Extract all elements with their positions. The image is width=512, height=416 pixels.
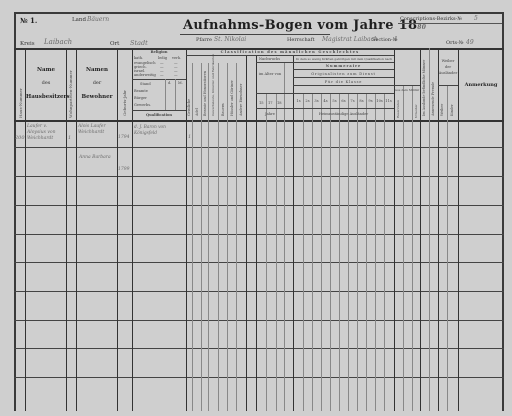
subcol-divider [276,93,277,411]
col-divider [438,48,439,411]
form-number: № 1. [20,16,37,25]
entry-house-number: 200 [15,135,25,141]
female-header: Weiber der Ausländer [438,58,458,76]
entry-owner-name: Laufer v. Aloysius von Weichhardt [27,124,65,142]
absent-foreign-header: Im Auslande befindliche Männer [422,58,426,116]
subcol-divider [447,85,448,411]
col-divider [246,55,247,411]
class-number: 6s [339,99,348,103]
subcol-divider [384,93,385,411]
herrschaft-label: Herrschaft [287,37,315,43]
class-number: 7s [348,99,357,103]
entry-resident-name: Alois Laufer Weichhardt [78,124,116,136]
subcol-divider [403,86,404,411]
entry-birth-year-2: 1799 [118,167,129,172]
subcol-divider [236,63,237,411]
owner-name-header-1: Name [26,67,66,73]
subcol-divider [218,63,219,411]
header-hline [293,69,394,70]
subcol-divider [201,63,202,411]
subcol-divider [303,93,304,411]
header-hline [438,85,458,86]
heimat-header: In dem so wenig Kräften gehörigen mit de… [296,57,392,61]
conscription-underline [398,23,502,24]
religion-row-label: kath. [134,56,143,60]
class-col-header: Andere Einwohner [239,80,243,116]
row-line [14,348,504,349]
col-divider [25,48,26,411]
header-hline [186,55,394,56]
census-sheet: № 1. Land Bäuern Aufnahms-Bogen vom Jahr… [0,0,512,416]
resident-name-header-2: der [77,80,117,86]
class-number: 8s [357,99,366,103]
row-line [14,320,504,321]
class-header: Für die Klasse [293,80,394,84]
subcol-divider [348,93,349,411]
row-line [14,205,504,206]
form-title: Aufnahms-Bogen vom Jahre 1880 [183,18,426,33]
party-number-header: Wohnparteien-Nummer [68,78,73,118]
service-col: Urlauber [414,100,418,118]
land-value: Bäuern [87,16,109,23]
class-number: 3s [312,99,321,103]
row-line [14,234,504,235]
header-hline [256,108,394,109]
col-divider [394,48,395,411]
conscription-label: Conscriptions-Bezirks-№ [400,16,462,22]
age-col: 18 [277,101,282,105]
entry-birth-year: 1794 [118,135,129,140]
age-col: 15 [259,101,264,105]
classification-header: Classification des männlichen Geschlecht… [186,50,394,54]
subcol-divider [165,79,166,110]
subcol-divider [412,86,413,411]
col-divider [458,48,459,411]
header-hline [132,79,186,80]
status-col: M. [178,81,183,85]
header-hline [256,62,394,63]
row-line [14,176,504,177]
header-hline [293,77,394,78]
herrschaft-value: Magistrat Laibach [322,36,378,43]
subcol-divider [175,79,176,110]
house-value: 49 [466,39,474,46]
class-number: 11s [384,99,393,103]
ort-label: Ort [110,41,119,47]
religion-row-label: anderweitig [134,73,156,77]
header-hline [132,110,186,111]
kreis-value: Laibach [44,38,72,46]
religion-header: Religion [132,50,186,54]
status-row-label: Gewerbs. [134,103,151,107]
house-label: Orts-№ [446,40,464,46]
class-number: 2s [303,99,312,103]
title-underline [180,34,330,35]
kreis-label: Kreis [20,41,35,47]
owner-name-header-3: Hausbesitzers [26,94,66,100]
pfarre-value: St. Nikolai [214,36,246,43]
class-numbers: 1s 2s 3s 4s 5s 6s 7s 8s 9s 10s 11s [294,99,394,103]
subcol-divider [312,93,313,411]
subcol-divider [227,63,228,411]
pfarre-label: Pfarre [196,37,212,43]
subcol-divider [339,93,340,411]
class-col-header: Beamte und Honoratioren [203,70,207,116]
class-number: 10s [375,99,384,103]
class-number: 5s [330,99,339,103]
subcol-divider [284,63,285,411]
status-row-label: Bürger [134,96,147,100]
house-number-header: Haus-Nummer [18,88,23,118]
class-col-header: Adel [195,100,199,116]
col-divider [66,48,67,411]
header-hline [293,85,420,86]
col-divider [76,48,77,411]
status-header: Stand [140,82,151,86]
religion-col-b: verh. [172,56,181,60]
class-col-header: Gewerbsleute, Künstler und Fabrikanten [211,62,215,116]
class-number: 1s [294,99,303,103]
religion-col-a: — [160,73,164,77]
section-value: 1 [394,36,398,43]
service-header: Aus dem Militär [394,88,420,92]
col-divider [117,48,118,411]
class-number: 4s [321,99,330,103]
status-col: d. [168,81,171,85]
entry-party-number: 1 [68,135,71,141]
row-line [14,291,504,292]
origin-header: Originalisten zum Dienst [293,72,394,76]
age-col: 17 [268,101,273,105]
subcol-divider [208,63,209,411]
age-header: im Alter von [256,72,284,76]
land-label: Land [72,17,86,23]
subcol-divider [330,93,331,411]
owner-name-header-2: des [26,80,66,86]
remarks-header: Anmerkung [458,82,504,88]
subcol-divider [321,93,322,411]
age-unit: Jahre [256,112,284,116]
header-bottom-border [14,120,504,122]
nachwuchs-header: Nachwuchs [246,57,293,61]
foreign-present-header: Anwesende Fremde [431,68,435,116]
subcol-divider [366,93,367,411]
header-hline [256,93,394,94]
subcol-divider [266,93,267,411]
form-year-suffix: 80 [417,24,426,31]
obligated-header: Heimzuständige Ausländer [293,112,394,116]
form-title-text: Aufnahms-Bogen vom Jahre 18 [183,18,417,33]
religion-col-b: — [174,73,178,77]
nummeraire-header: Nummeraire [293,64,394,68]
subcol-divider [375,93,376,411]
class-col-header: Bauern [221,100,225,116]
birth-year-header: Geburts-Jahr [122,90,127,116]
row-line [14,377,504,378]
resident-name-header-3: Bewohner [77,94,117,100]
status-row-label: Beamte [134,89,148,93]
class-number: 9s [366,99,375,103]
class-col-header: Häusler und Gärtner [230,80,234,116]
entry-resident-name-2: Anna Barbara [79,152,117,163]
row-line [14,147,504,148]
entry-mark: 1 [188,134,191,140]
ort-value: Stadt [130,39,148,47]
female-col: Kinder [450,100,454,116]
subcol-divider [357,93,358,411]
entry-religion: d. J. Baron von Königsfeld [134,125,184,137]
col-divider [420,48,421,411]
religion-col-a: ledig [158,56,167,60]
row-line [14,262,504,263]
resident-name-header-1: Namen [77,67,117,73]
qualification-header: Qualification [132,113,186,117]
female-col: Weiber [440,100,444,116]
class-col-header: Geistliche [187,90,191,116]
service-col: Reservisten [396,96,400,118]
subcol-divider [429,48,430,411]
subcol-divider [192,63,193,411]
col-divider [132,48,133,411]
conscription-value: 5 [474,15,478,22]
